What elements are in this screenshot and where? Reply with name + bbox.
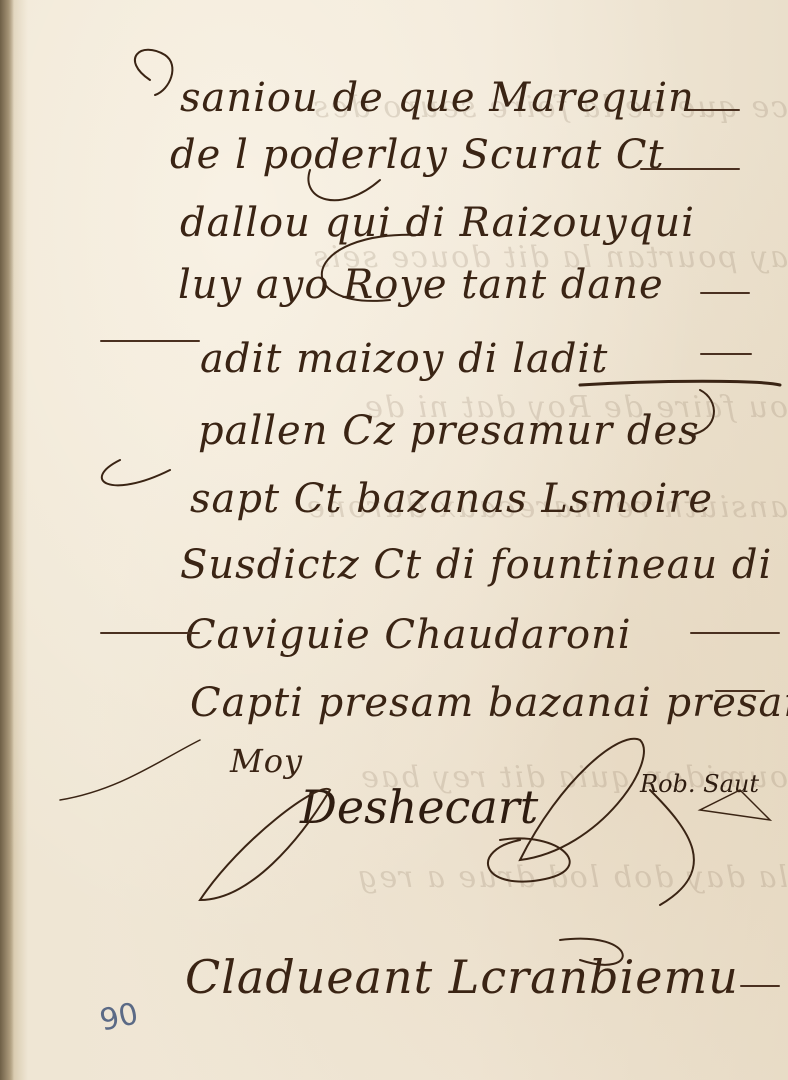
text-line: luy ayo Roye tant dane — [178, 262, 664, 308]
line-filler-stroke — [740, 985, 780, 987]
line-filler-stroke — [690, 632, 780, 634]
line-filler-stroke — [100, 632, 200, 634]
text-line: sapt Ct bazanas Lsmoire — [190, 476, 713, 522]
signature-rob-saut: Rob. Saut — [640, 770, 759, 798]
text-line: Susdictz Ct di fountineau di — [180, 542, 772, 588]
text-line: adit maizoy di ladit — [200, 336, 608, 382]
line-filler-stroke — [690, 109, 740, 111]
folio-number: 90 — [97, 996, 142, 1038]
manuscript-page: ce que de la foire seuro des ay pourtan … — [0, 0, 788, 1080]
binding-gutter — [0, 0, 14, 1080]
text-line: de l poderlay Scurat Ct — [170, 132, 665, 178]
text-line: saniou de que Marequin — [180, 75, 695, 121]
text-line: Caviguie Chaudaroni — [185, 612, 632, 658]
line-filler-stroke — [100, 340, 200, 342]
line-filler-stroke — [700, 353, 752, 355]
bleed-through: la day dob lod drue a reg — [0, 860, 788, 895]
text-line: Capti presam bazanai presam — [190, 680, 788, 726]
text-line: pallen Cz presamur des — [198, 408, 700, 454]
text-line: Moy — [230, 742, 303, 780]
text-line: dallou qui di Raizouyqui — [180, 200, 695, 246]
line-filler-stroke — [640, 168, 740, 170]
closing-line: Cladueant Lcranbiemu — [185, 950, 739, 1004]
signature-deshecart: Deshecart — [300, 780, 538, 834]
line-filler-stroke — [715, 690, 765, 692]
line-filler-stroke — [700, 292, 750, 294]
